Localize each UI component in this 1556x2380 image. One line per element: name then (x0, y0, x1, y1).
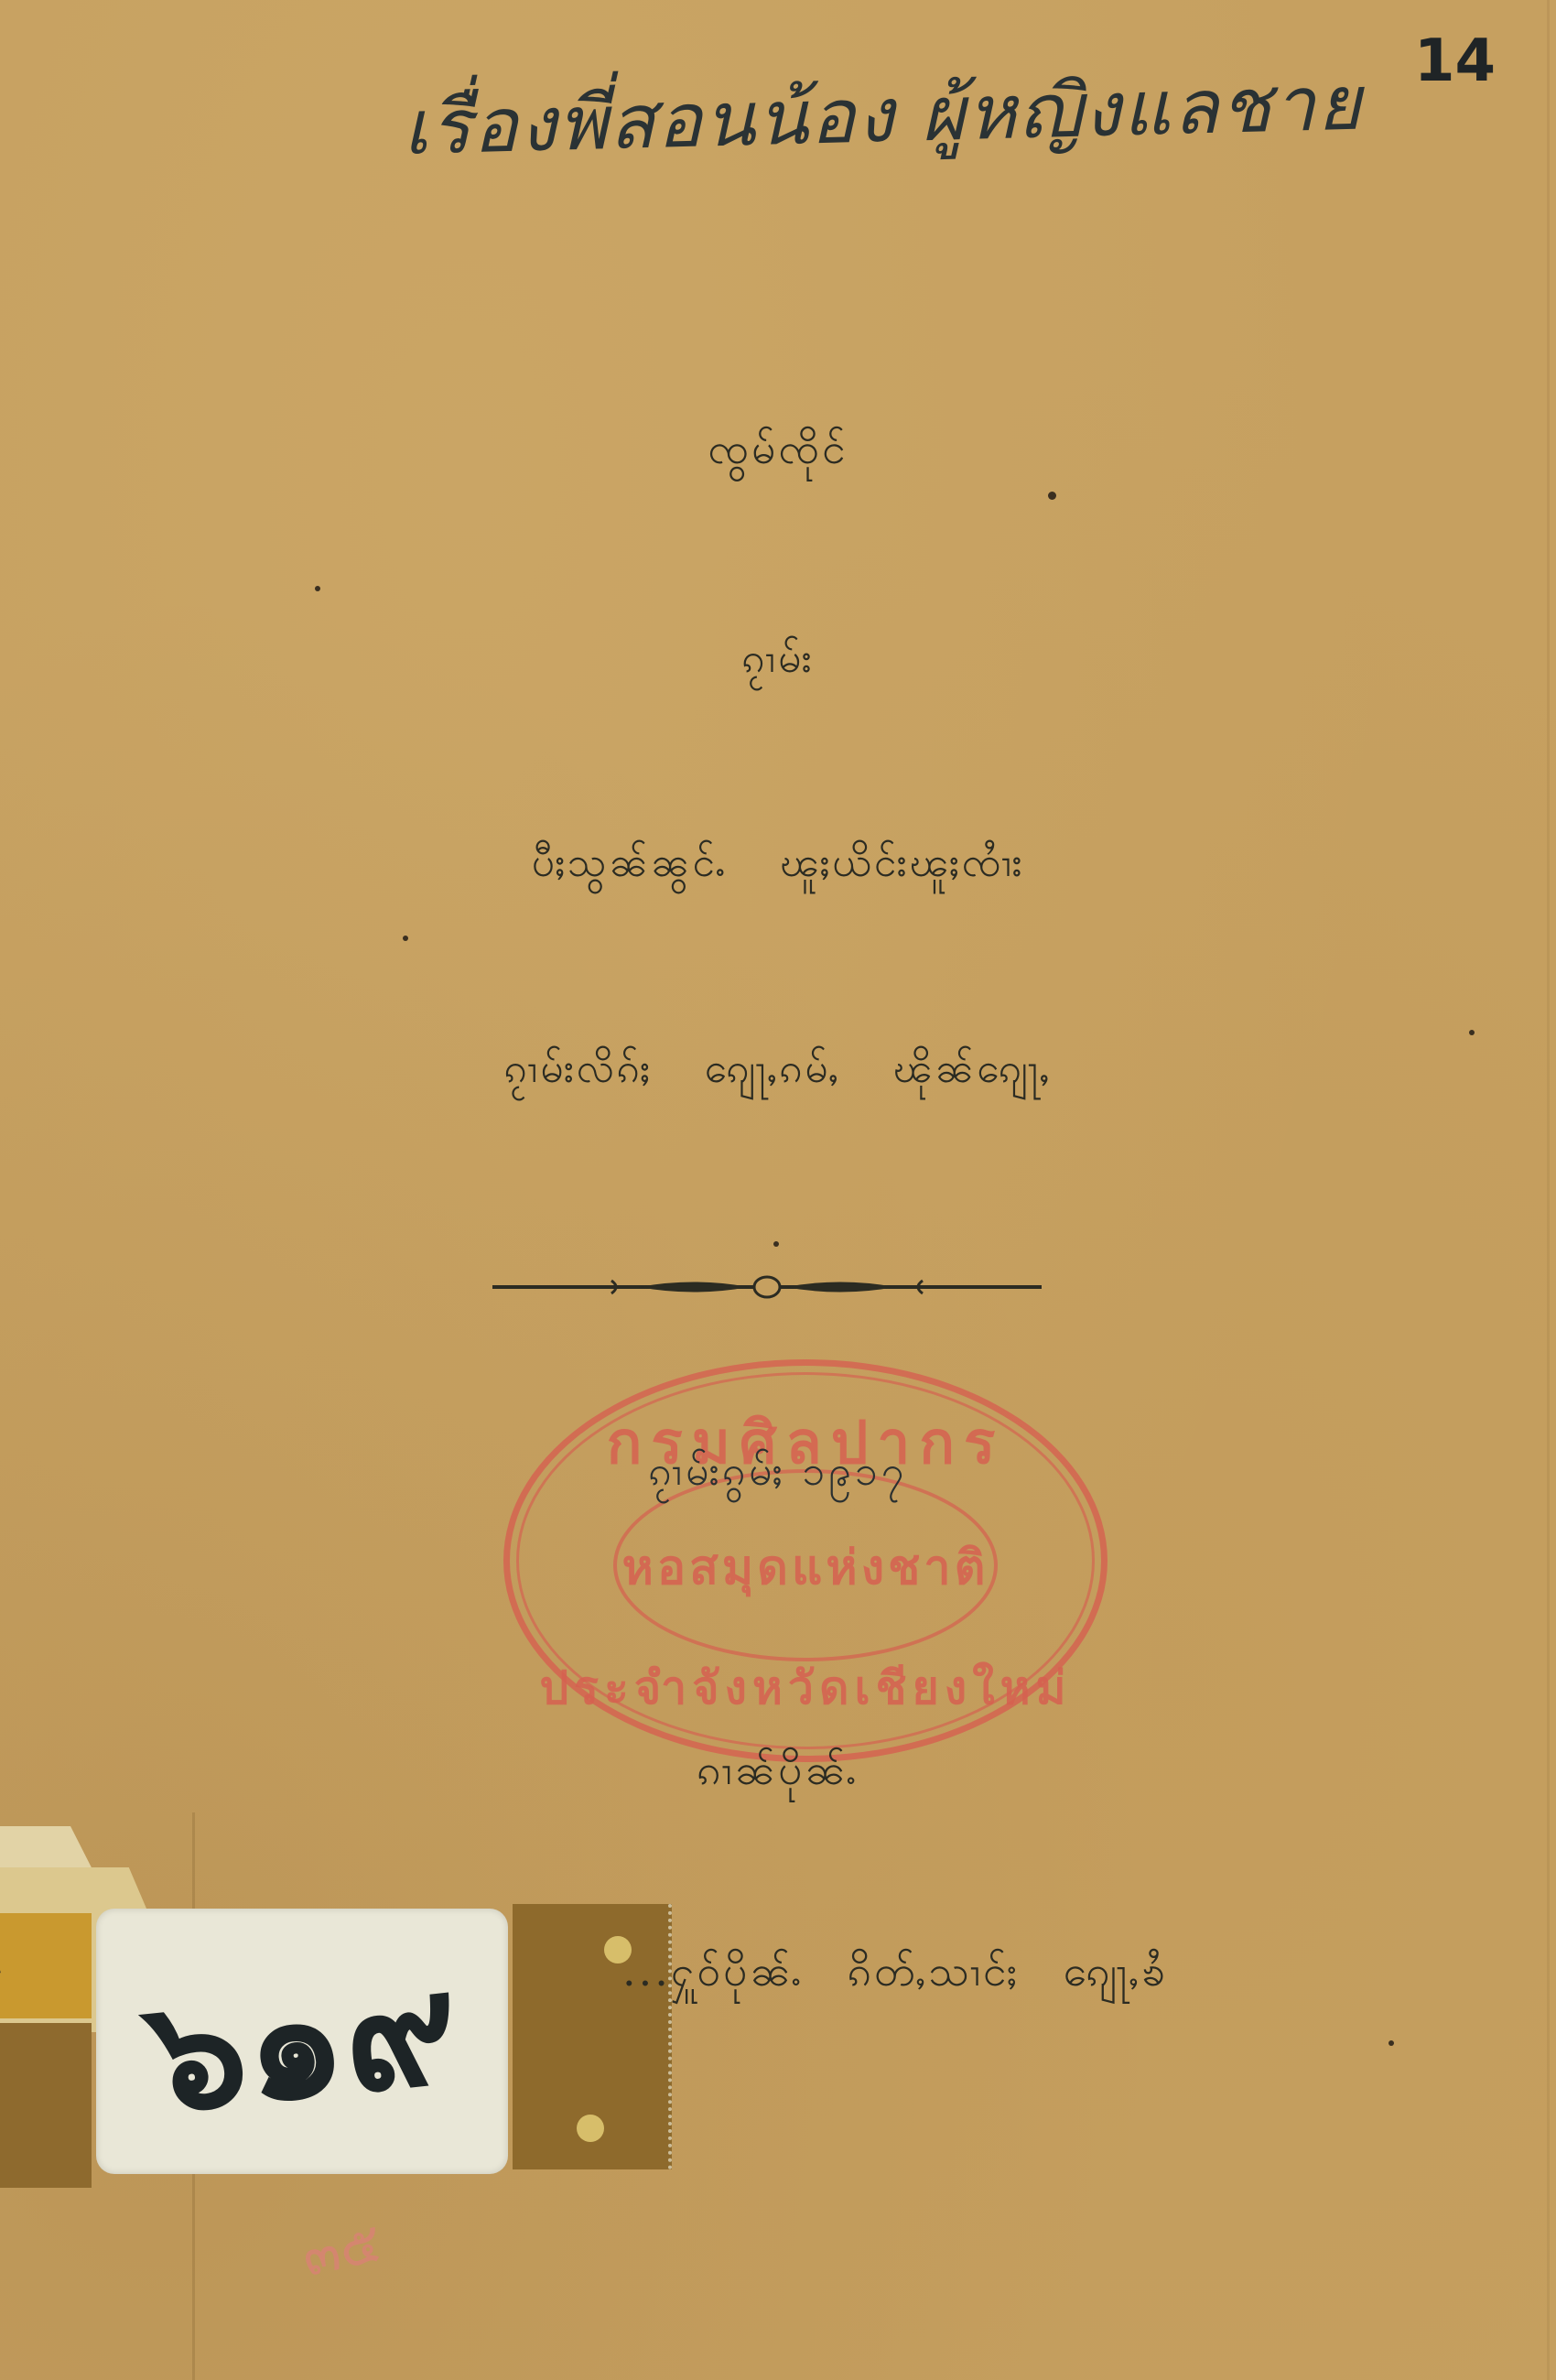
corner-page-number: 14 (1414, 27, 1496, 95)
paper-speck (403, 936, 408, 941)
printed-line-under-stamp: ၵႂၢမ်းၵွမ်ႈ ၁၉၁၇ (0, 1446, 1556, 1505)
pink-pencil-mark: ๓๕ (294, 2199, 389, 2300)
stamp-bottom-text: ประจำจังหวัดเชียงใหม่ (503, 1652, 1108, 1725)
paper-speck (1469, 1030, 1475, 1035)
paper-crease (1547, 0, 1550, 2380)
handwritten-title: เรื่องพี่สอนน้อง ผู้หญิงแลชาย (401, 41, 1456, 188)
paper-speck (315, 586, 320, 591)
tape-patch (513, 1904, 672, 2169)
paper-tag-brown (0, 2023, 92, 2188)
printed-line-2: ၵႂၢမ်း (0, 633, 1556, 692)
printed-line-4: ၵႂၢမ်းလိၵ်ႈ ၵျေႃႇၵမ်ႇ ၽိုၼ်ၵျေႃႇ (0, 1044, 1556, 1102)
library-stamp: กรมศิลปากร หอสมุดแห่งชาติ ประจำจังหวัดเช… (503, 1359, 1108, 1762)
printed-line-1: ၸွမ်ၸိုင် (0, 423, 1556, 484)
ornament-divider-icon (492, 1275, 1042, 1299)
stamp-middle-text: หอสมุดแห่งชาติ (503, 1529, 1108, 1605)
printed-line-3: ပီႈသွၼ်ၼွင်ႉ ၽူႈယိင်းၽူႈၸၢႆး (0, 838, 1556, 896)
catalog-number: ๖๑๙ (135, 1902, 470, 2180)
catalog-label: ๖๑๙ (96, 1909, 508, 2174)
paper-speck (1048, 492, 1056, 500)
paper-speck (773, 1241, 779, 1247)
paper-speck (1389, 2040, 1394, 2046)
printed-line-5: ၵၢၼ်ပိုၼ်ႉ (0, 1744, 1556, 1805)
tape-hole (577, 2115, 604, 2142)
printed-line-6: ...ႁူဝ်ပိုၼ်ႉ ၵိတ်ႇသၢင်ႈ ၵျေႃႇၶႆ (622, 1945, 1208, 2007)
